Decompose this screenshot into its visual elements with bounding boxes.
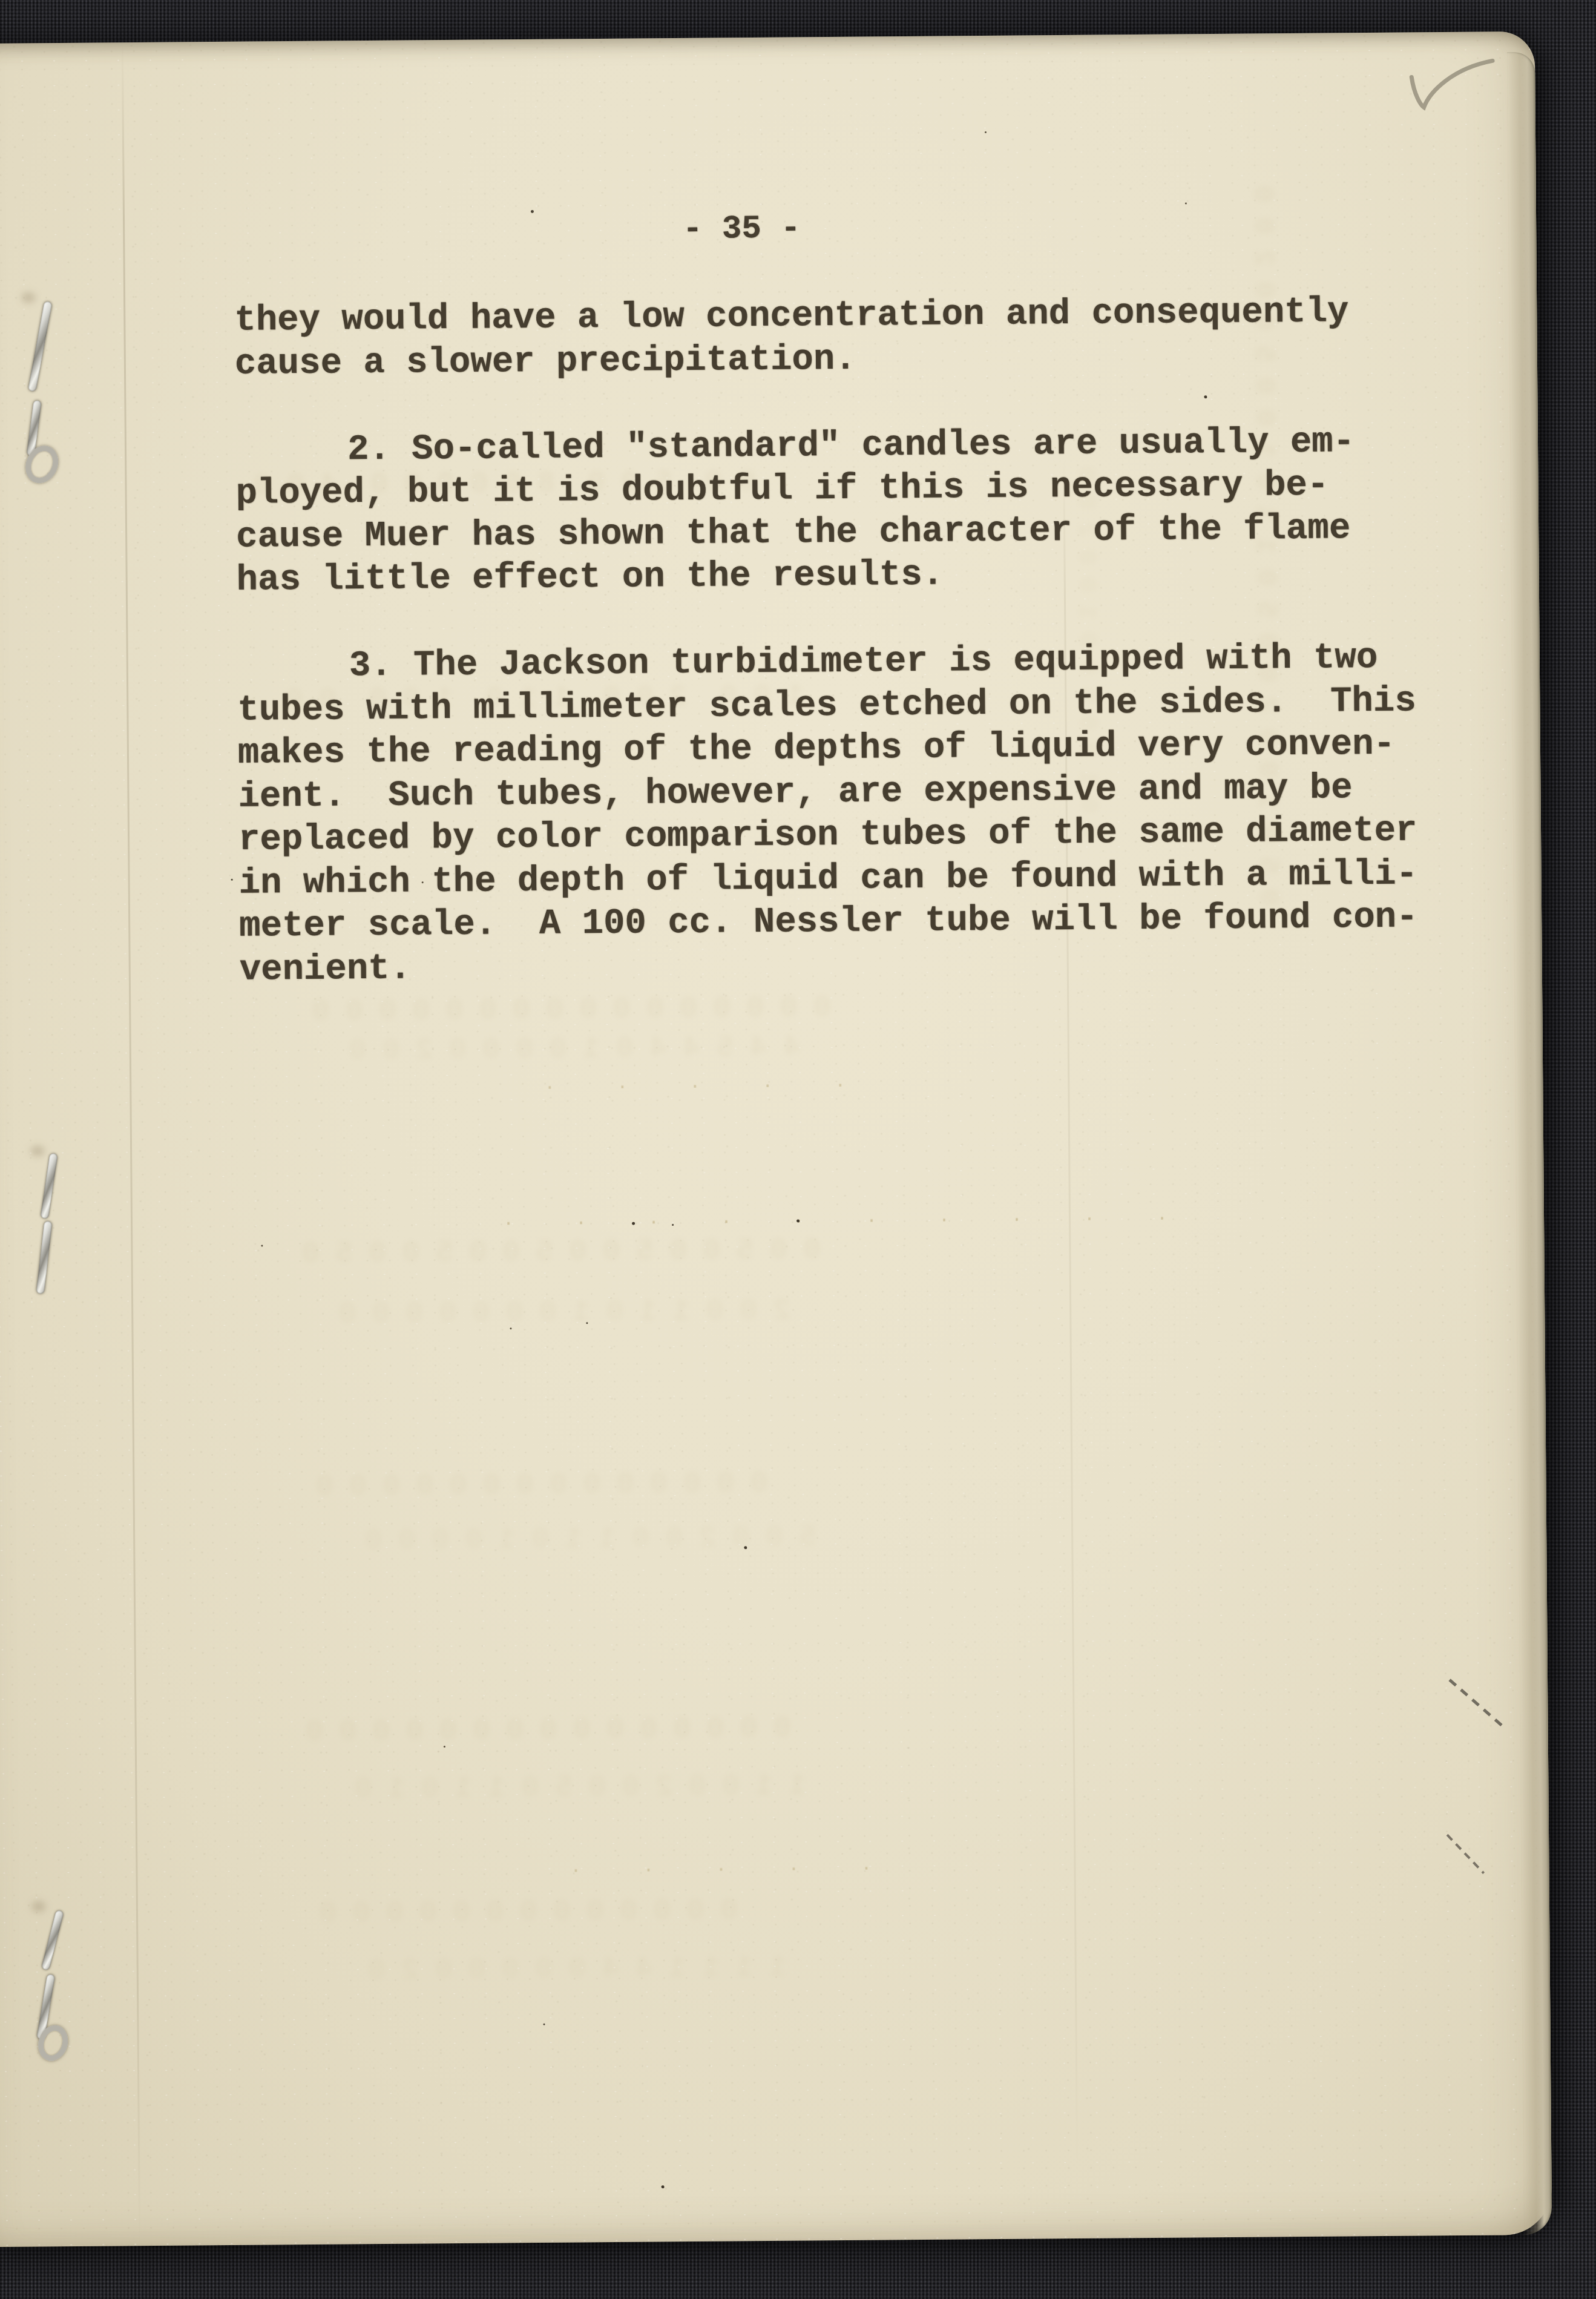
page-sheet: - 35 - they would have a low concentrati…	[0, 31, 1552, 2247]
paragraph-1: they would have a low concentration and …	[234, 289, 1413, 385]
text-line: meter scale. A 100 cc. Nessler tube will…	[239, 895, 1418, 948]
typewritten-text-block: they would have a low concentration and …	[234, 289, 1418, 991]
bleed-through-band: 0 0 0 0 0 0 0 0 0 0 0 0 0 0	[316, 1468, 767, 1503]
text-line: has little effect on the results.	[236, 549, 1415, 602]
paragraph-3: 3. The Jackson turbidimeter is equipped …	[237, 636, 1419, 991]
bleed-through-layer: 0 0 5 0 0 8 0 0 9 0 0 4 0 01 0 0 2 0 0 1…	[0, 31, 1535, 44]
pencil-checkmark-icon	[1402, 48, 1505, 128]
text-line: they would have a low concentration and …	[234, 289, 1413, 342]
bleed-through-dot-row: · · · · · · · · · ·	[503, 1208, 1193, 1234]
scan-background-fabric: - 35 - they would have a low concentrati…	[0, 0, 1596, 2299]
bleed-through-band: 0 0 0 0 0 0 0 0 0 0 0 0 0	[320, 1895, 738, 1929]
bleed-through-dot-row: · · · · ·	[570, 1858, 897, 1881]
paragraph-2: 2. So-called "standard" candles are usua…	[235, 419, 1416, 602]
bleed-through-band: 1 1 1 1 4 4 0 0 0 0 0 2 0	[369, 1952, 787, 1987]
bleed-through-band: 0 0 0 0 0 0 0 0 0 0 0 0 0 0 0	[306, 1713, 790, 1748]
bleed-through-band: 2 0 0 1 1 0 1 0 0 0 0 0 0 0	[339, 1295, 790, 1330]
pencil-scratch-marks	[1440, 1666, 1545, 1921]
bleed-through-dot-row: · · · · ·	[544, 1076, 871, 1099]
bleed-through-band: 5 0 0 2 0 0 1 1 0 1 0 0 0 0	[365, 1522, 816, 1557]
bleed-through-band: 0 0 0 0 0 0 0 0 0 0 0 0 0 0 0 0	[312, 992, 830, 1028]
text-line: cause a slower precipitation.	[235, 333, 1414, 386]
bleed-through-band: 4 4 5 4 4 0 1 0 0 0 0 2 0 0	[349, 1031, 801, 1067]
bleed-through-band: 0 0 5 0 0 5 0 0 5 0 0 5 0 0 5 0	[302, 1234, 820, 1270]
binding-crease-line	[122, 42, 141, 2246]
text-line: venient.	[239, 939, 1418, 992]
bleed-through-band: 1 1 0 0 2 0 0 5 0 1 1 0 1 0	[355, 1770, 806, 1805]
staple-shadow	[24, 1894, 53, 1918]
text-line: cause Muer has shown that the character …	[236, 506, 1415, 559]
staple-shadow	[23, 1139, 52, 1163]
page-number: - 35 -	[683, 210, 801, 248]
staple-shadow	[14, 285, 43, 309]
